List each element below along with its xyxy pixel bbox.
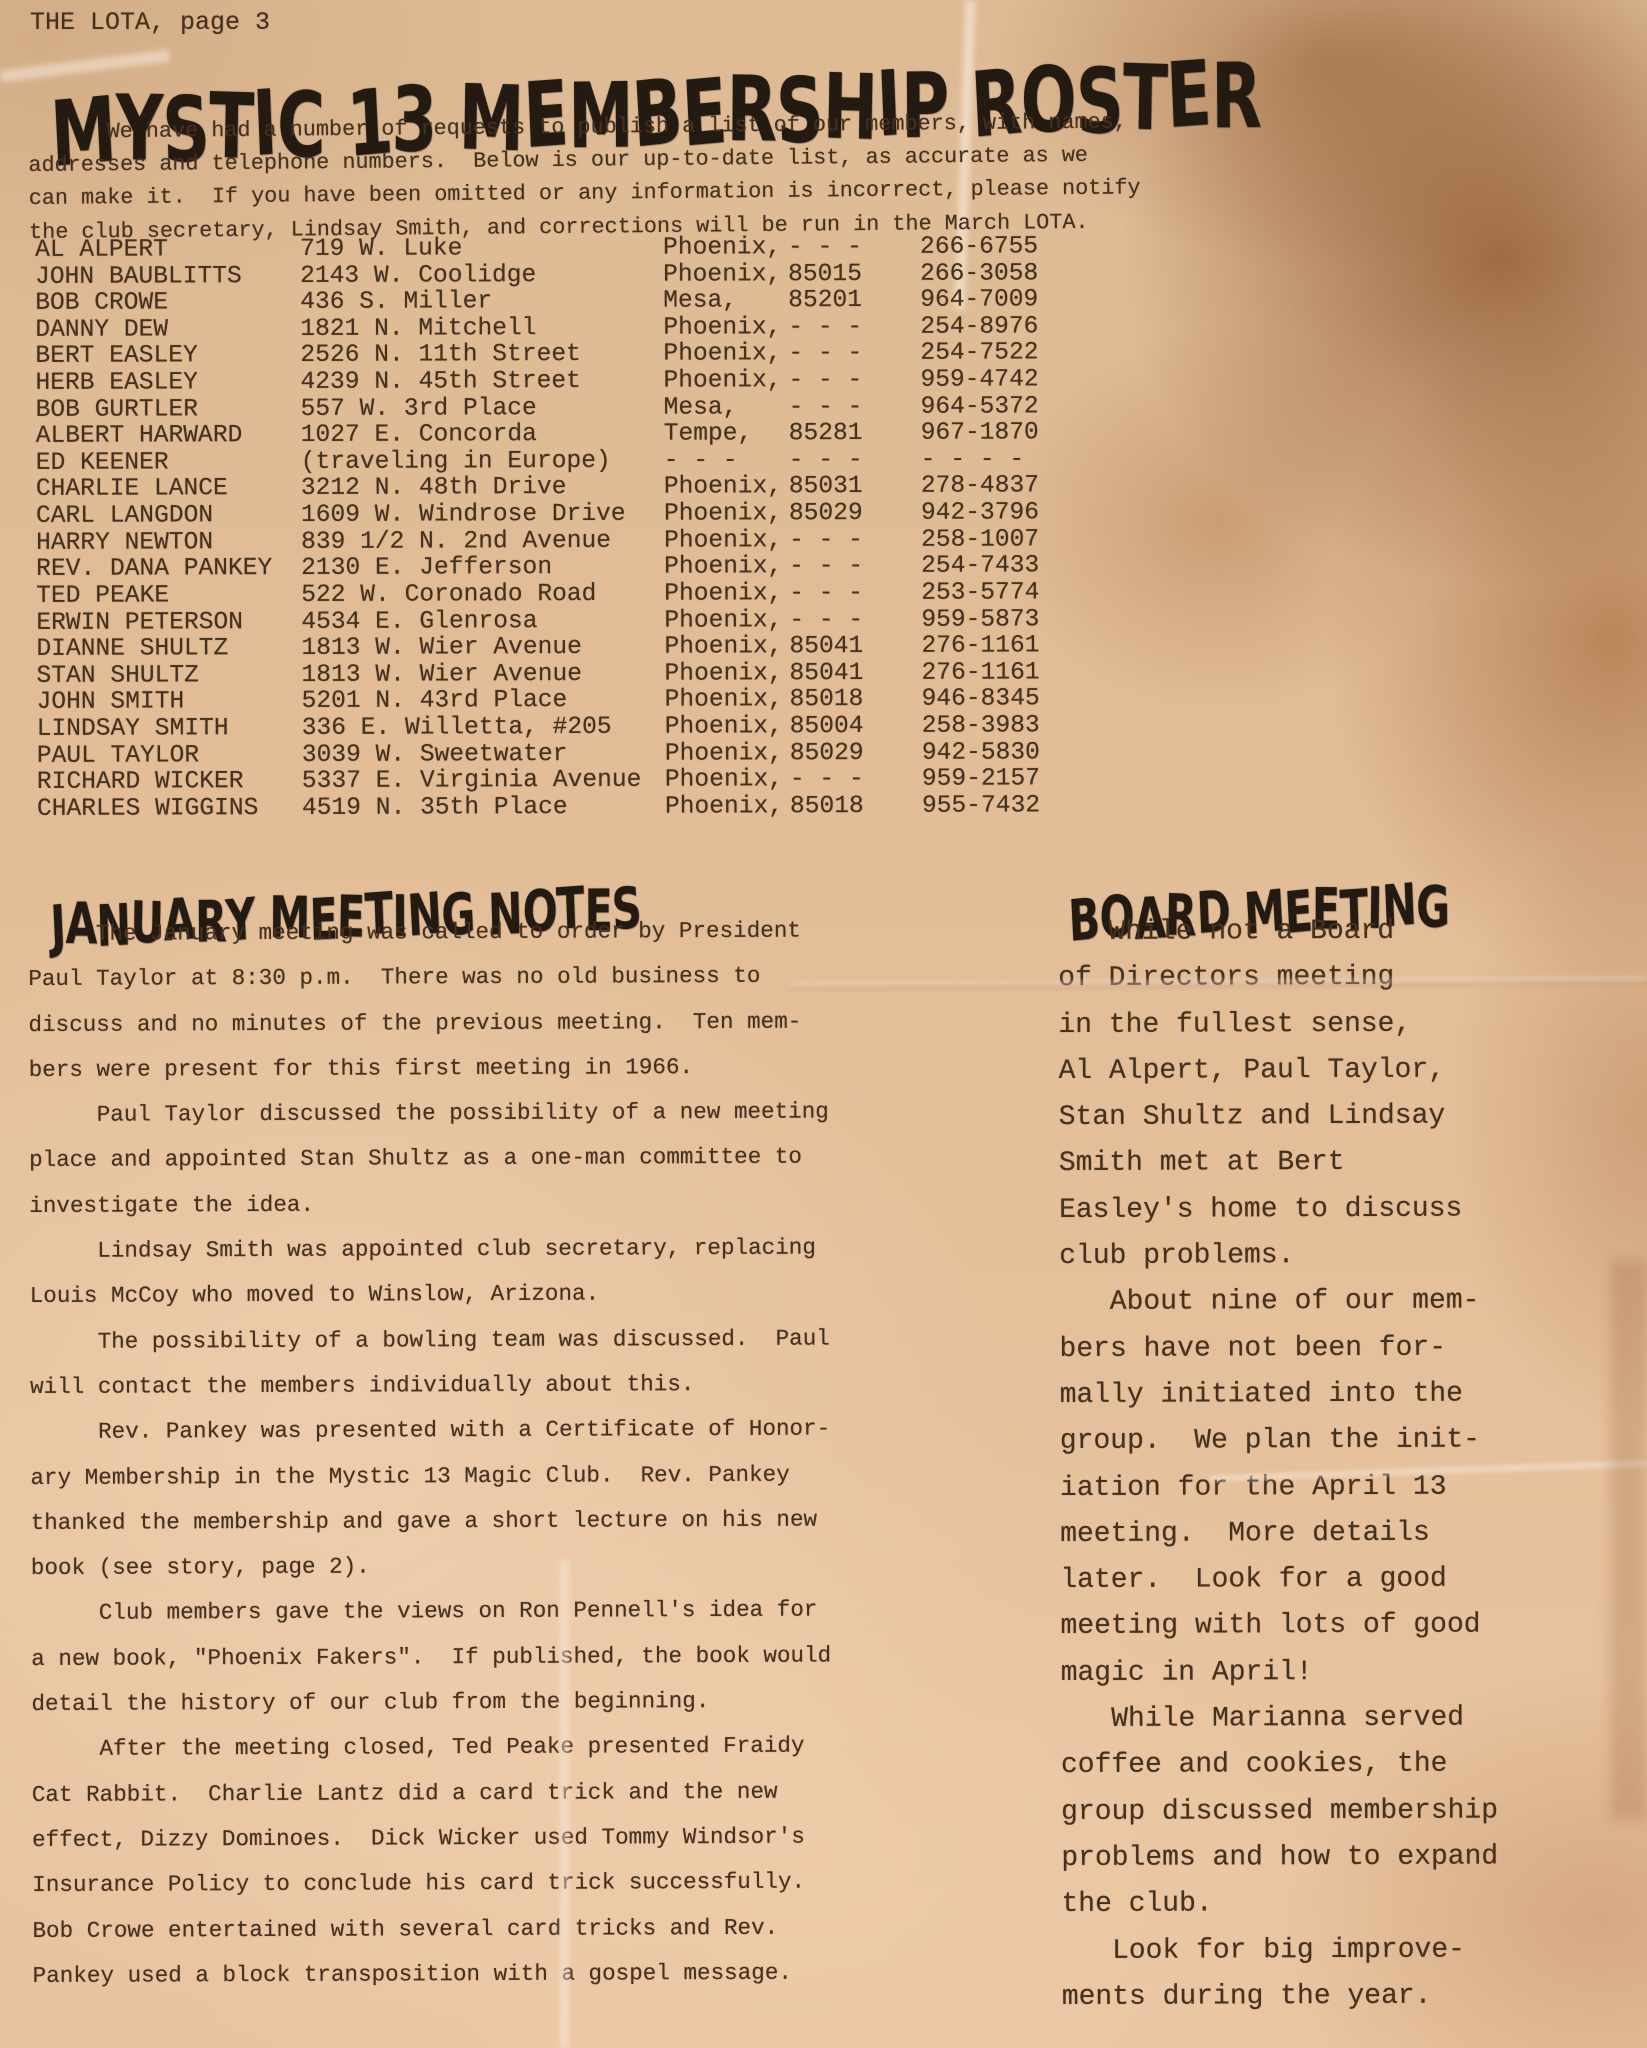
member-address: 1609 W. Windrose Drive (301, 501, 626, 529)
member-phone: 959-5873 (921, 606, 1039, 633)
member-name: JOHN BAUBLITTS (35, 263, 242, 291)
member-address: 2526 N. 11th Street (300, 341, 581, 369)
member-city: Phoenix, (665, 687, 783, 714)
january-notes-body: The January meeting was called to order … (28, 909, 833, 2000)
roster-row: BOB CROWE 436 S. Miller Mesa, 85201 964-… (0, 286, 1210, 317)
member-zip: - - - (789, 447, 863, 474)
member-zip: 85041 (789, 633, 863, 660)
member-name: CARL LANGDON (36, 502, 213, 530)
member-address: 3212 N. 48th Drive (301, 475, 567, 503)
roster-row: ERWIN PETERSON 4534 E. Glenrosa Phoenix,… (1, 605, 1211, 636)
roster-row: BERT EASLEY 2526 N. 11th Street Phoenix,… (0, 339, 1210, 370)
member-name: CHARLES WIGGINS (37, 795, 258, 823)
member-address: 3039 W. Sweetwater (302, 741, 568, 769)
roster-row: JOHN SMITH 5201 N. 43rd Place Phoenix, 8… (2, 685, 1212, 716)
member-city: Phoenix, (665, 740, 783, 767)
member-name: STAN SHULTZ (36, 662, 198, 690)
member-city: Tempe, (664, 421, 753, 448)
member-city: Phoenix, (663, 234, 781, 261)
roster-row: LINDSAY SMITH 336 E. Willetta, #205 Phoe… (2, 712, 1212, 743)
member-city: Mesa, (663, 288, 737, 315)
member-address: (traveling in Europe) (301, 448, 611, 476)
member-zip: - - - (789, 553, 863, 580)
roster-row: DANNY DEW 1821 N. Mitchell Phoenix, - - … (0, 313, 1210, 344)
member-city: - - - (664, 447, 738, 474)
member-city: Phoenix, (664, 527, 782, 554)
member-phone: 254-7522 (920, 340, 1038, 367)
member-zip: - - - (789, 607, 863, 634)
member-name: HARRY NEWTON (36, 529, 213, 557)
member-name: BERT EASLEY (35, 343, 197, 371)
member-phone: 278-4837 (921, 473, 1039, 500)
member-name: ALBERT HARWARD (36, 422, 243, 450)
member-address: 4519 N. 35th Place (302, 794, 568, 822)
member-name: AL ALPERT (35, 236, 168, 263)
member-zip: 85031 (789, 473, 863, 500)
member-name: PAUL TAYLOR (37, 742, 199, 770)
member-phone: 942-5830 (922, 739, 1040, 766)
member-name: TED PEAKE (36, 582, 169, 609)
roster-row: REV. DANA PANKEY 2130 E. Jefferson Phoen… (1, 552, 1211, 583)
newsletter-page: THE LOTA, page 3 MYSTIC 13 MEMBERSHIP RO… (0, 0, 1647, 2048)
member-phone: 955-7432 (922, 792, 1040, 819)
roster-row: AL ALPERT 719 W. Luke Phoenix, - - - 266… (0, 233, 1210, 264)
member-address: 2130 E. Jefferson (301, 554, 552, 582)
member-zip: 85004 (790, 713, 864, 740)
member-name: BOB GURTLER (36, 396, 198, 424)
member-zip: 85029 (790, 740, 864, 767)
member-phone: 266-3058 (920, 260, 1038, 287)
member-address: 522 W. Coronado Road (301, 581, 596, 609)
member-city: Phoenix, (664, 580, 782, 607)
member-address: 2143 W. Coolidge (300, 262, 536, 290)
member-address: 436 S. Miller (300, 289, 492, 317)
member-phone: 258-3983 (922, 712, 1040, 739)
roster-row: ED KEENER (traveling in Europe) - - - - … (1, 446, 1211, 477)
roster-row: JOHN BAUBLITTS 2143 W. Coolidge Phoenix,… (0, 259, 1210, 290)
member-name: LINDSAY SMITH (37, 715, 229, 743)
member-zip: 85201 (788, 287, 862, 314)
member-city: Mesa, (664, 394, 738, 421)
member-name: BOB CROWE (35, 290, 168, 317)
member-city: Phoenix, (663, 341, 781, 368)
member-phone: 266-6755 (920, 233, 1038, 260)
roster-row: DIANNE SHULTZ 1813 W. Wier Avenue Phoeni… (1, 632, 1211, 663)
member-zip: 85015 (788, 261, 862, 288)
member-phone: 964-7009 (920, 287, 1038, 314)
roster-row: HARRY NEWTON 839 1/2 N. 2nd Avenue Phoen… (1, 525, 1211, 556)
member-phone: 959-2157 (922, 766, 1040, 793)
member-address: 839 1/2 N. 2nd Avenue (301, 528, 611, 556)
member-name: ED KEENER (36, 449, 169, 476)
member-zip: - - - (789, 580, 863, 607)
member-address: 336 E. Willetta, #205 (302, 714, 612, 742)
member-phone: 942-3796 (921, 499, 1039, 526)
member-zip: 85281 (789, 420, 863, 447)
member-city: Phoenix, (664, 500, 782, 527)
member-city: Phoenix, (665, 766, 783, 793)
roster-row: RICHARD WICKER 5337 E. Virginia Avenue P… (2, 765, 1212, 796)
member-phone: 276-1161 (921, 633, 1039, 660)
member-phone: 258-1007 (921, 526, 1039, 553)
member-name: JOHN SMITH (37, 689, 185, 717)
member-phone: 254-7433 (921, 553, 1039, 580)
member-zip: 85018 (790, 793, 864, 820)
member-phone: 253-5774 (921, 579, 1039, 606)
member-zip: - - - (790, 766, 864, 793)
roster-row: STAN SHULTZ 1813 W. Wier Avenue Phoenix,… (1, 659, 1211, 690)
member-name: DANNY DEW (35, 316, 168, 343)
roster-row: CHARLES WIGGINS 4519 N. 35th Place Phoen… (2, 792, 1212, 823)
member-phone: 276-1161 (921, 659, 1039, 686)
member-zip: 85029 (789, 500, 863, 527)
member-phone: 967-1870 (921, 420, 1039, 447)
member-zip: - - - (788, 367, 862, 394)
board-meeting-body: While not a Board of Directors meeting i… (1058, 908, 1499, 2021)
member-phone: 959-4742 (920, 366, 1038, 393)
member-address: 5337 E. Virginia Avenue (302, 767, 642, 795)
member-address: 1813 W. Wier Avenue (301, 661, 582, 689)
member-zip: - - - (789, 394, 863, 421)
member-phone: - - - - (921, 446, 1024, 473)
member-city: Phoenix, (663, 314, 781, 341)
intro-paragraph: We have had a number of requests to publ… (28, 105, 1141, 248)
roster-row: BOB GURTLER 557 W. 3rd Place Mesa, - - -… (1, 392, 1211, 423)
member-zip: 85041 (789, 660, 863, 687)
member-address: 4239 N. 45th Street (300, 368, 581, 396)
member-zip: - - - (789, 527, 863, 554)
roster-row: ALBERT HARWARD 1027 E. Concorda Tempe, 8… (1, 419, 1211, 450)
member-phone: 946-8345 (922, 686, 1040, 713)
member-zip: - - - (788, 340, 862, 367)
masthead: THE LOTA, page 3 (30, 8, 270, 37)
member-city: Phoenix, (663, 367, 781, 394)
member-city: Phoenix, (664, 607, 782, 634)
membership-roster: AL ALPERT 719 W. Luke Phoenix, - - - 266… (0, 233, 1212, 823)
member-name: RICHARD WICKER (37, 768, 244, 796)
member-city: Phoenix, (665, 793, 783, 820)
member-name: CHARLIE LANCE (36, 476, 228, 504)
member-zip: - - - (788, 234, 862, 261)
roster-row: CHARLIE LANCE 3212 N. 48th Drive Phoenix… (1, 472, 1211, 503)
member-city: Phoenix, (664, 660, 782, 687)
member-address: 557 W. 3rd Place (301, 395, 537, 423)
member-city: Phoenix, (665, 713, 783, 740)
member-address: 1027 E. Concorda (301, 421, 537, 449)
roster-row: PAUL TAYLOR 3039 W. Sweetwater Phoenix, … (2, 738, 1212, 769)
member-city: Phoenix, (664, 633, 782, 660)
member-address: 719 W. Luke (300, 235, 462, 263)
member-name: REV. DANA PANKEY (36, 555, 272, 583)
member-zip: - - - (788, 314, 862, 341)
member-address: 5201 N. 43rd Place (302, 687, 568, 715)
member-address: 4534 E. Glenrosa (301, 608, 537, 636)
member-name: HERB EASLEY (35, 369, 197, 397)
member-zip: 85018 (790, 686, 864, 713)
roster-row: TED PEAKE 522 W. Coronado Road Phoenix, … (1, 579, 1211, 610)
member-city: Phoenix, (663, 261, 781, 288)
member-address: 1813 W. Wier Avenue (301, 634, 582, 662)
member-name: DIANNE SHULTZ (36, 635, 228, 663)
member-name: ERWIN PETERSON (36, 609, 243, 637)
member-phone: 964-5372 (921, 393, 1039, 420)
member-city: Phoenix, (664, 474, 782, 501)
member-address: 1821 N. Mitchell (300, 315, 536, 343)
member-city: Phoenix, (664, 554, 782, 581)
member-phone: 254-8976 (920, 313, 1038, 340)
paper-edge-stain (1610, 1260, 1647, 1820)
roster-row: CARL LANGDON 1609 W. Windrose Drive Phoe… (1, 499, 1211, 530)
roster-row: HERB EASLEY 4239 N. 45th Street Phoenix,… (0, 366, 1210, 397)
